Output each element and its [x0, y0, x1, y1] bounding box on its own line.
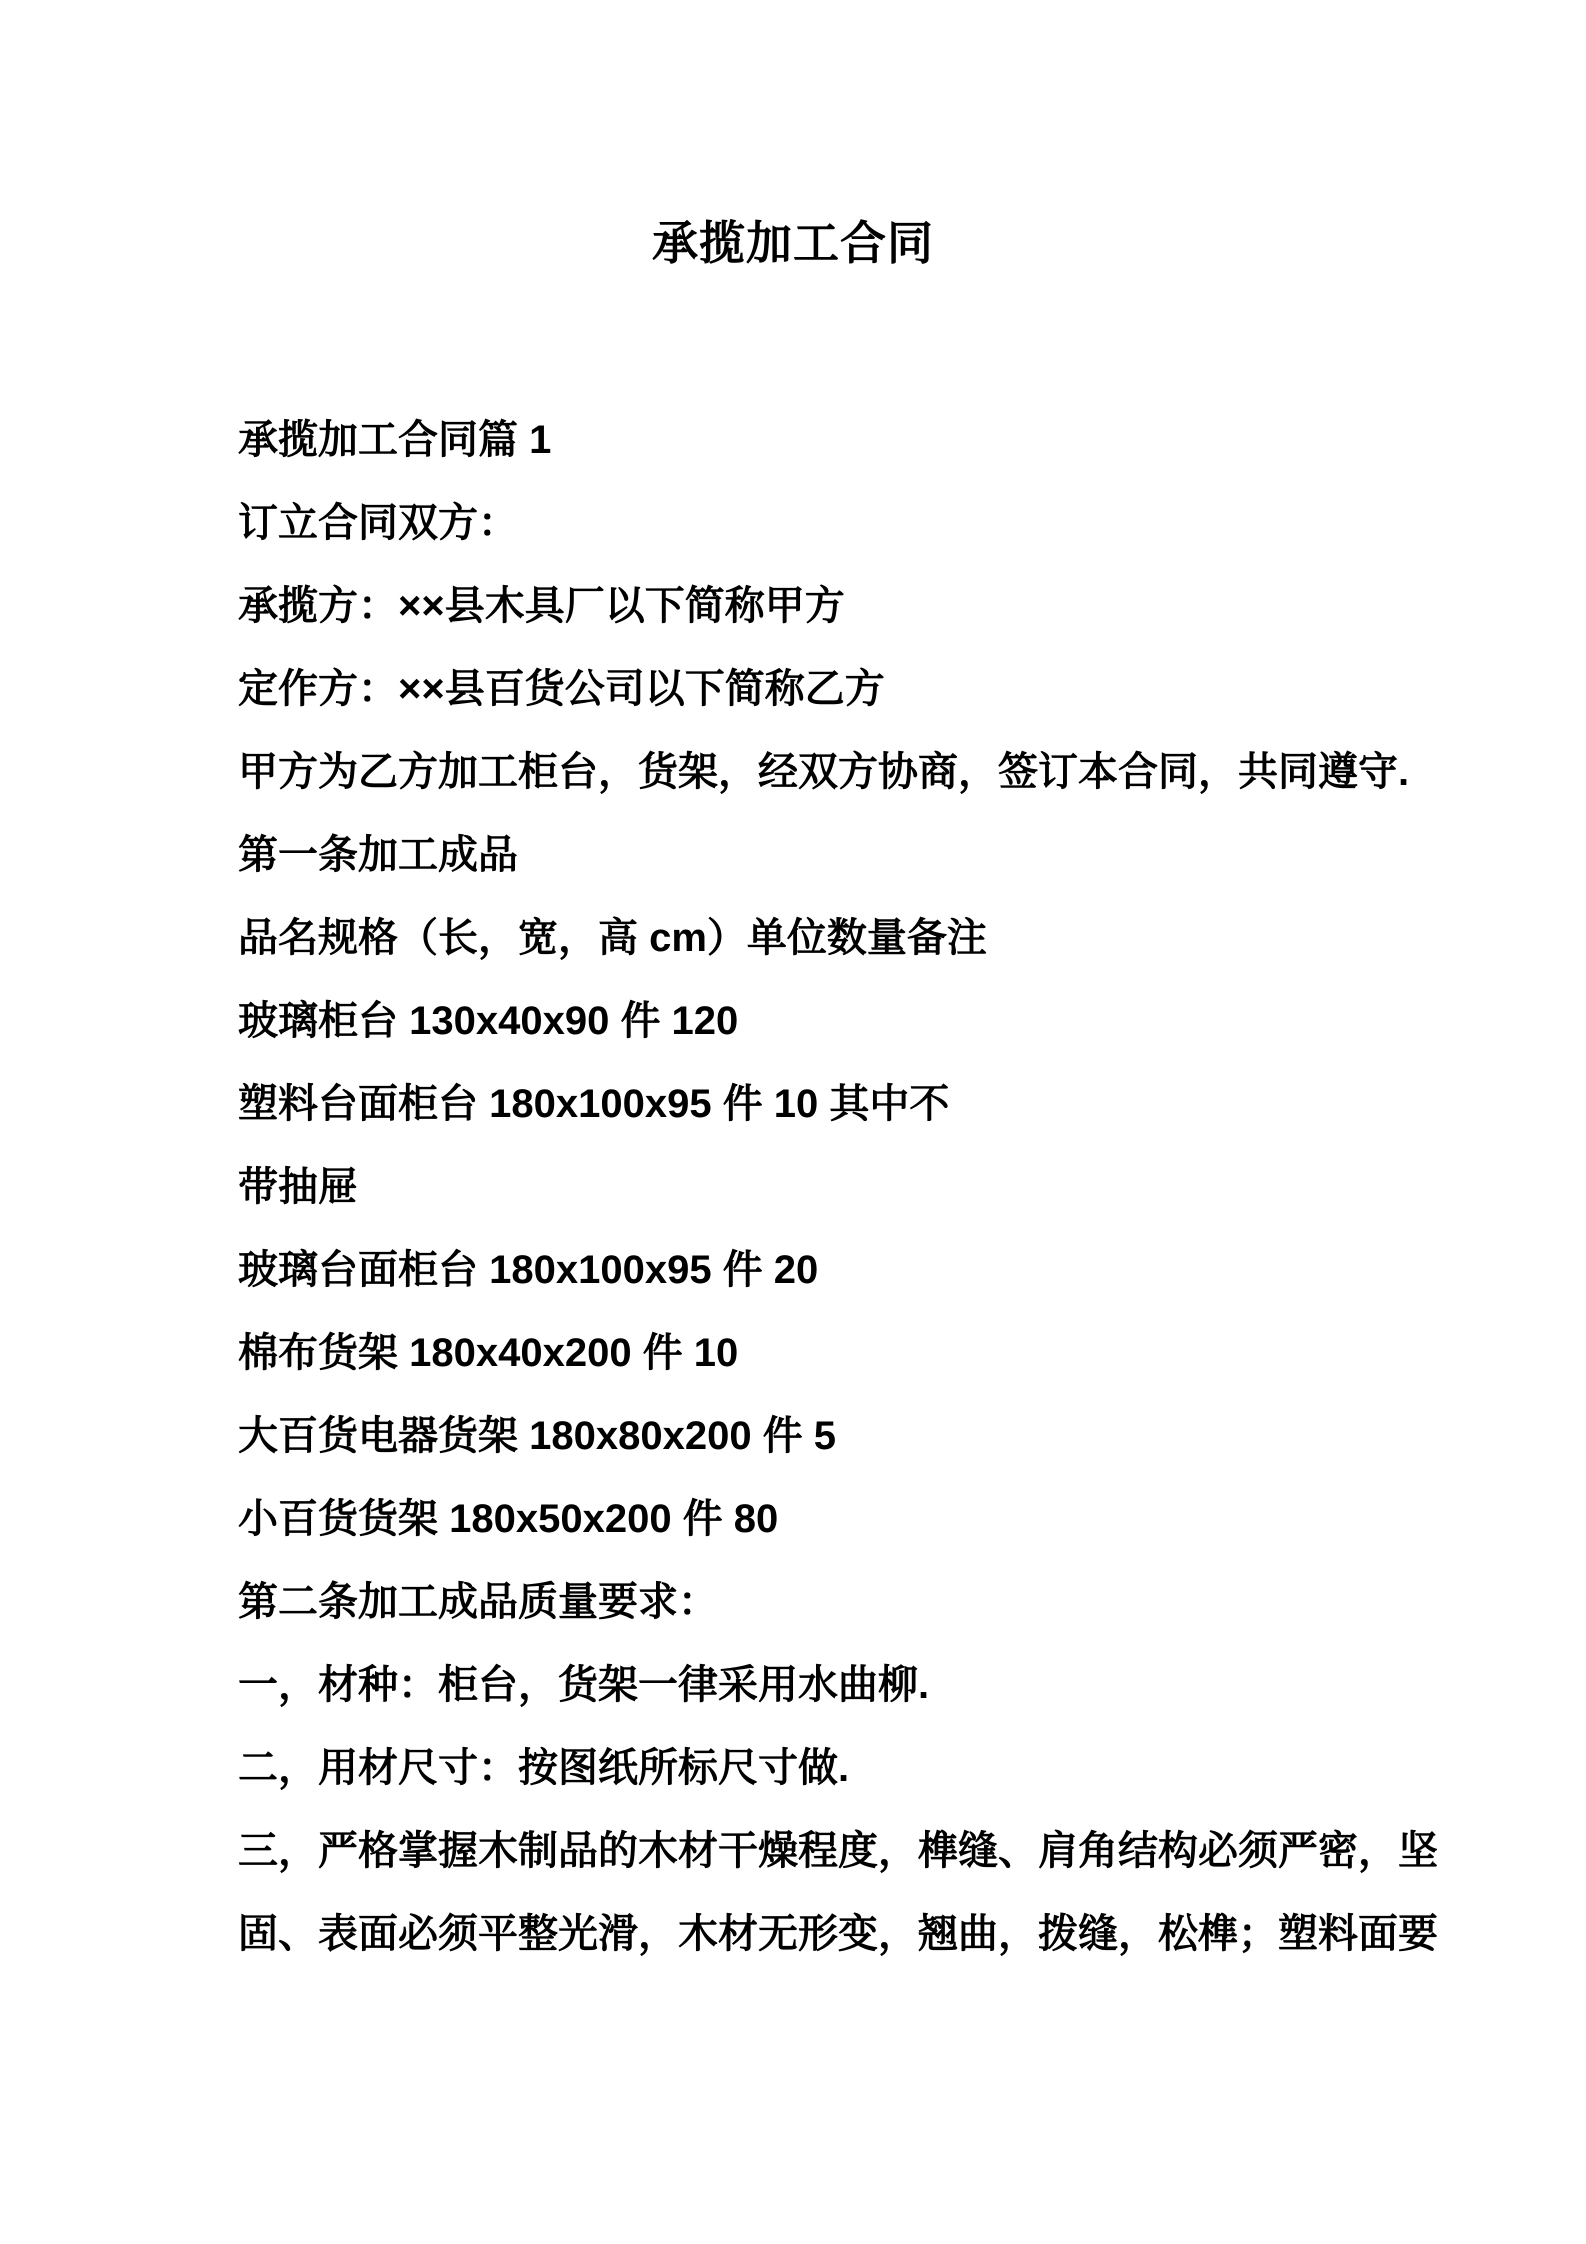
text-line-clause: 一，材种：柜台，货架一律采用水曲柳. — [238, 1644, 1486, 1727]
text-line-item: 塑料台面柜台 180x100x95 件 10 其中不 — [238, 1063, 1486, 1146]
document-page: 承揽加工合同 承揽加工合同篇 1 订立合同双方： 承揽方：××县木具厂以下简称甲… — [0, 0, 1586, 2244]
text-line-item: 玻璃台面柜台 180x100x95 件 20 — [238, 1229, 1486, 1312]
text-line-clause: 固、表面必须平整光滑，木材无形变，翘曲，拨缝，松榫；塑料面要 — [238, 1893, 1486, 1976]
text-line-item: 玻璃柜台 130x40x90 件 120 — [238, 980, 1486, 1063]
text-line-contractor: 承揽方：××县木具厂以下简称甲方 — [238, 565, 1486, 648]
text-line-clause: 二，用材尺寸：按图纸所标尺寸做. — [238, 1727, 1486, 1810]
section-heading-article-2: 第二条加工成品质量要求： — [238, 1561, 1486, 1644]
text-line-item: 棉布货架 180x40x200 件 10 — [238, 1312, 1486, 1395]
document-title: 承揽加工合同 — [0, 218, 1586, 268]
text-line-item: 大百货电器货架 180x80x200 件 5 — [238, 1395, 1486, 1478]
text-line: 甲方为乙方加工柜台，货架，经双方协商，签订本合同，共同遵守. — [238, 731, 1486, 814]
text-line-clause: 三，严格掌握木制品的木材干燥程度，榫缝、肩角结构必须严密，坚 — [238, 1810, 1486, 1893]
text-line-item: 小百货货架 180x50x200 件 80 — [238, 1478, 1486, 1561]
section-heading-article-1: 第一条加工成品 — [238, 814, 1486, 897]
text-line-heading: 承揽加工合同篇 1 — [238, 399, 1486, 482]
text-line-item: 带抽屉 — [238, 1146, 1486, 1229]
text-line: 订立合同双方： — [238, 482, 1486, 565]
text-line-spec-header: 品名规格（长，宽，高 cm）单位数量备注 — [238, 897, 1486, 980]
text-line-orderer: 定作方：××县百货公司以下简称乙方 — [238, 648, 1486, 731]
document-body: 承揽加工合同篇 1 订立合同双方： 承揽方：××县木具厂以下简称甲方 定作方：×… — [0, 399, 1586, 1976]
